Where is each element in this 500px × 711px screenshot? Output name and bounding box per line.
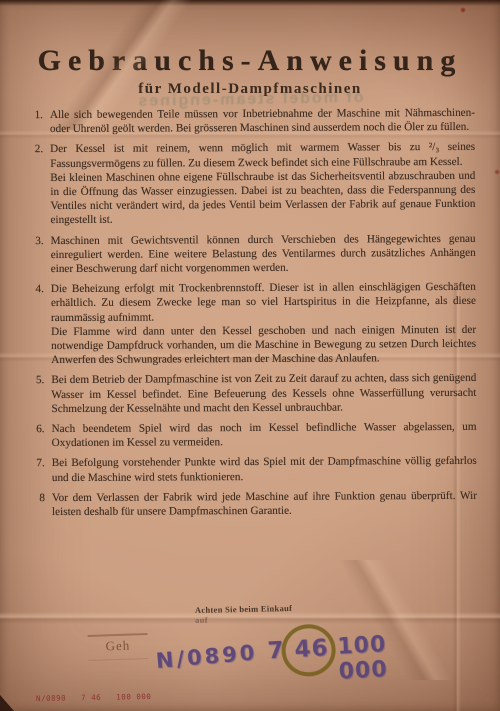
instruction-paragraph: Alle sich bewegenden Teile müssen vor In…: [50, 106, 475, 137]
instruction-paragraph: Maschinen mit Gewichtsventil können durc…: [51, 231, 476, 276]
instruction-number: 8: [29, 491, 52, 520]
instruction-item: 2.Der Kessel ist mit reinem, wenn möglic…: [27, 140, 475, 228]
instruction-item: 8Vor dem Verlassen der Fabrik wird jede …: [29, 489, 477, 520]
instruction-item: 5.Bei dem Betrieb der Dampfmaschine ist …: [28, 371, 476, 416]
ink-stamp: N/0890 7 46 100 000: [155, 625, 437, 692]
instruction-paragraph: Bei kleinen Maschinen ohne eigene Füllsc…: [50, 169, 475, 228]
instruction-paragraph: Der Kessel ist mit reinem, wenn möglich …: [50, 140, 475, 171]
photo-corner: [0, 695, 14, 711]
instruction-item: 3.Maschinen mit Gewichtsventil können du…: [28, 231, 476, 276]
instruction-text: Alle sich bewegenden Teile müssen vor In…: [50, 106, 475, 137]
instruction-number: 2.: [27, 142, 50, 227]
stamp-field-label: Geh: [88, 633, 149, 661]
stamp-serial: N/0890: [155, 640, 258, 673]
instruction-item: 7.Bei Befolgung vorstehender Punkte wird…: [29, 454, 477, 485]
purchase-notice: Achten Sie beim Einkauf auf: [195, 603, 293, 625]
instruction-paragraph: Bei Befolgung vorstehender Punkte wird d…: [52, 454, 477, 485]
instruction-number: 5.: [28, 374, 51, 417]
instruction-number: 3.: [28, 234, 51, 277]
instruction-paragraph: Die Beheizung erfolgt mit Trockenbrennst…: [51, 280, 476, 325]
page-title: Gebrauchs-Anweisung: [0, 44, 500, 78]
instruction-number: 1.: [27, 108, 50, 137]
stamp-number-circled: 46: [294, 635, 329, 663]
instruction-number: 7.: [29, 457, 52, 486]
instruction-list: 1.Alle sich bewegenden Teile müssen vor …: [27, 106, 477, 526]
stamp-number-right: 100 000: [337, 630, 437, 685]
instruction-paragraph: Nach beendetem Spiel wird das noch im Ke…: [52, 420, 477, 451]
instruction-text: Die Beheizung erfolgt mit Trockenbrennst…: [51, 280, 476, 367]
instruction-item: 1.Alle sich bewegenden Teile müssen vor …: [27, 106, 475, 137]
instruction-paragraph: Die Flamme wird dann unter den Kessel ge…: [51, 323, 476, 368]
instruction-text: Der Kessel ist mit reinem, wenn möglich …: [50, 140, 475, 227]
instruction-item: 4.Die Beheizung erfolgt mit Trockenbrenn…: [28, 280, 476, 368]
printer-code: N/0890 7 46 100 000: [36, 692, 151, 703]
paper-edge-shadow: [0, 0, 500, 6]
instruction-paragraph: Bei dem Betrieb der Dampfmaschine ist vo…: [51, 371, 476, 416]
purchase-notice-line2: auf: [195, 613, 293, 625]
instruction-item: 6.Nach beendetem Spiel wird das noch im …: [29, 420, 477, 451]
instruction-text: Nach beendetem Spiel wird das noch im Ke…: [52, 420, 477, 451]
instruction-number: 4.: [28, 282, 51, 367]
instruction-text: Bei dem Betrieb der Dampfmaschine ist vo…: [51, 371, 476, 416]
instruction-text: Bei Befolgung vorstehender Punkte wird d…: [52, 454, 477, 485]
document-page: Gebrauchs-Anweisung für Modell-Dampfmasc…: [0, 0, 500, 711]
instruction-number: 6.: [29, 422, 52, 451]
instruction-paragraph: Vor dem Verlassen der Fabrik wird jede M…: [52, 489, 477, 520]
stamp-field-text: Geh: [105, 638, 130, 654]
instruction-text: Maschinen mit Gewichtsventil können durc…: [51, 231, 476, 276]
instruction-text: Vor dem Verlassen der Fabrik wird jede M…: [52, 489, 477, 520]
